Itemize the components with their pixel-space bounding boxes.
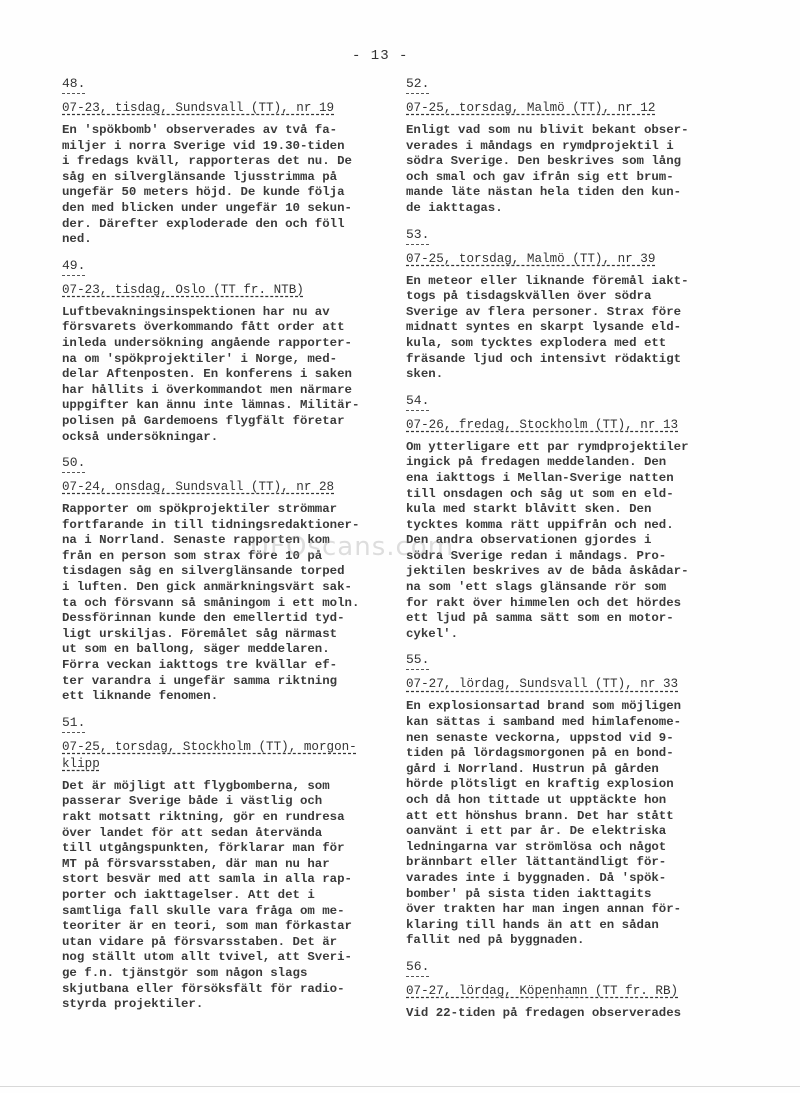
left-column: 48. 07-23, tisdag, Sundsvall (TT), nr 19…	[62, 74, 402, 1021]
entry-53: 53. 07-25, torsdag, Malmö (TT), nr 39 En…	[406, 225, 706, 383]
entry-54: 54. 07-26, fredag, Stockholm (TT), nr 13…	[406, 391, 706, 643]
entry-body: En explosionsartad brand som möjligen ka…	[406, 699, 706, 949]
entry-52: 52. 07-25, torsdag, Malmö (TT), nr 12 En…	[406, 74, 706, 217]
entry-number: 56.	[406, 958, 429, 977]
entry-56: 56. 07-27, lördag, Köpenhamn (TT fr. RB)…	[406, 957, 706, 1022]
entry-heading: 07-25, torsdag, Malmö (TT), nr 39	[406, 251, 706, 268]
right-column: 52. 07-25, torsdag, Malmö (TT), nr 12 En…	[406, 74, 706, 1030]
page-number: - 13 -	[352, 48, 408, 64]
page-bottom-edge	[0, 1086, 800, 1087]
entry-48: 48. 07-23, tisdag, Sundsvall (TT), nr 19…	[62, 74, 402, 248]
entry-body: En meteor eller liknande föremål iakt- t…	[406, 274, 706, 383]
entry-number: 48.	[62, 75, 85, 94]
entry-heading: 07-27, lördag, Sundsvall (TT), nr 33	[406, 676, 706, 693]
document-page: - 13 - 48. 07-23, tisdag, Sundsvall (TT)…	[0, 0, 800, 1093]
entry-heading: 07-23, tisdag, Oslo (TT fr. NTB)	[62, 282, 402, 299]
entry-number: 51.	[62, 714, 85, 733]
entry-body: Enligt vad som nu blivit bekant obser- v…	[406, 123, 706, 217]
entry-number: 49.	[62, 257, 85, 276]
entry-body: Luftbevakningsinspektionen har nu av för…	[62, 305, 402, 445]
entry-body: En 'spökbomb' observerades av två fa- mi…	[62, 123, 402, 248]
entry-body: Det är möjligt att flygbomberna, som pas…	[62, 779, 402, 1013]
entry-number: 54.	[406, 392, 429, 411]
entry-number: 52.	[406, 75, 429, 94]
entry-number: 53.	[406, 226, 429, 245]
entry-51: 51. 07-25, torsdag, Stockholm (TT), morg…	[62, 713, 402, 1013]
entry-heading: 07-25, torsdag, Stockholm (TT), morgon- …	[62, 739, 402, 773]
entry-body: Om ytterligare ett par rymdprojektiler i…	[406, 440, 706, 643]
entry-55: 55. 07-27, lördag, Sundsvall (TT), nr 33…	[406, 650, 706, 949]
entry-number: 50.	[62, 454, 85, 473]
entry-heading: 07-27, lördag, Köpenhamn (TT fr. RB)	[406, 983, 706, 1000]
entry-heading: 07-24, onsdag, Sundsvall (TT), nr 28	[62, 479, 402, 496]
entry-heading: 07-25, torsdag, Malmö (TT), nr 12	[406, 100, 706, 117]
entry-body: Rapporter om spökprojektiler strömmar fo…	[62, 502, 402, 705]
entry-50: 50. 07-24, onsdag, Sundsvall (TT), nr 28…	[62, 453, 402, 705]
entry-49: 49. 07-23, tisdag, Oslo (TT fr. NTB) Luf…	[62, 256, 402, 445]
entry-body: Vid 22-tiden på fredagen observerades	[406, 1006, 706, 1022]
entry-number: 55.	[406, 651, 429, 670]
entry-heading: 07-23, tisdag, Sundsvall (TT), nr 19	[62, 100, 402, 117]
entry-heading: 07-26, fredag, Stockholm (TT), nr 13	[406, 417, 706, 434]
